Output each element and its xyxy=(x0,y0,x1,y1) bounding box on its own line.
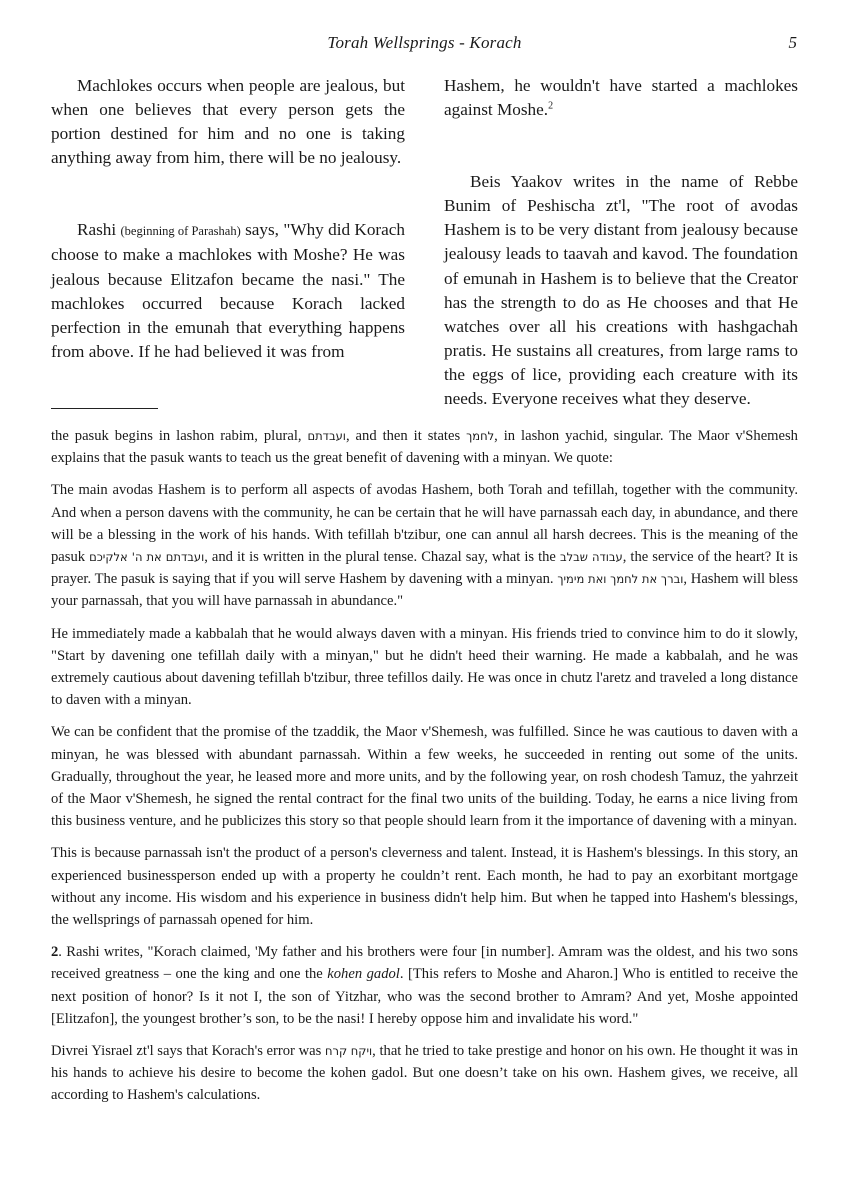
source-note: (beginning of Parashah) xyxy=(121,224,241,238)
running-header: Torah Wellsprings - Korach 5 xyxy=(0,33,849,57)
footnote-paragraph: He immediately made a kabbalah that he w… xyxy=(51,623,798,712)
fn-text: the pasuk begins in lashon rabim, plural… xyxy=(51,428,307,444)
hebrew-text: ועבדתם xyxy=(307,429,345,443)
footnote-paragraph: The main avodas Hashem is to perform all… xyxy=(51,479,798,612)
hebrew-text: לחמך xyxy=(466,429,494,443)
footnotes-section: the pasuk begins in lashon rabim, plural… xyxy=(51,425,798,1117)
left-column: Machlokes occurs when people are jealous… xyxy=(51,74,405,364)
paragraph-continuation: Hashem, he wouldn't have started a machl… xyxy=(444,74,798,122)
fn-text: , and it is written in the plural tense.… xyxy=(204,549,560,565)
footnote-paragraph: Divrei Yisrael zt'l says that Korach's e… xyxy=(51,1040,798,1107)
footnote-2: 2. Rashi writes, "Korach claimed, 'My fa… xyxy=(51,941,798,1030)
footnote-paragraph: This is because parnassah isn't the prod… xyxy=(51,842,798,931)
continuation-text: Hashem, he wouldn't have started a machl… xyxy=(444,76,798,119)
running-title: Torah Wellsprings - Korach xyxy=(0,33,849,53)
right-column: Hashem, he wouldn't have started a machl… xyxy=(444,74,798,411)
italic-term: kohen gadol xyxy=(327,966,400,982)
footnote-paragraph: We can be confident that the promise of … xyxy=(51,721,798,832)
paragraph-beis-yaakov: Beis Yaakov writes in the name of Rebbe … xyxy=(444,170,798,411)
hebrew-text: ועבדתם את ה' אלקיכם xyxy=(89,550,204,564)
footnote-separator xyxy=(51,408,158,409)
footnote-paragraph: the pasuk begins in lashon rabim, plural… xyxy=(51,425,798,469)
page-number: 5 xyxy=(789,33,798,53)
footnote-ref-2[interactable]: 2 xyxy=(548,100,553,111)
hebrew-text: וברך את לחמך ואת מימיך xyxy=(557,572,683,586)
hebrew-text: עבודה שבלב xyxy=(560,550,623,564)
hebrew-text: ויקח קרח xyxy=(325,1044,372,1058)
paragraph-rashi: Rashi (beginning of Parashah) says, "Why… xyxy=(51,218,405,364)
paragraph-rashi-lead: Rashi xyxy=(77,220,121,239)
fn-text: , and then it states xyxy=(346,428,466,444)
paragraph-rashi-text: says, "Why did Korach choose to make a m… xyxy=(51,220,405,360)
paragraph-machlokes: Machlokes occurs when people are jealous… xyxy=(51,74,405,170)
fn-text: Divrei Yisrael zt'l says that Korach's e… xyxy=(51,1043,325,1059)
